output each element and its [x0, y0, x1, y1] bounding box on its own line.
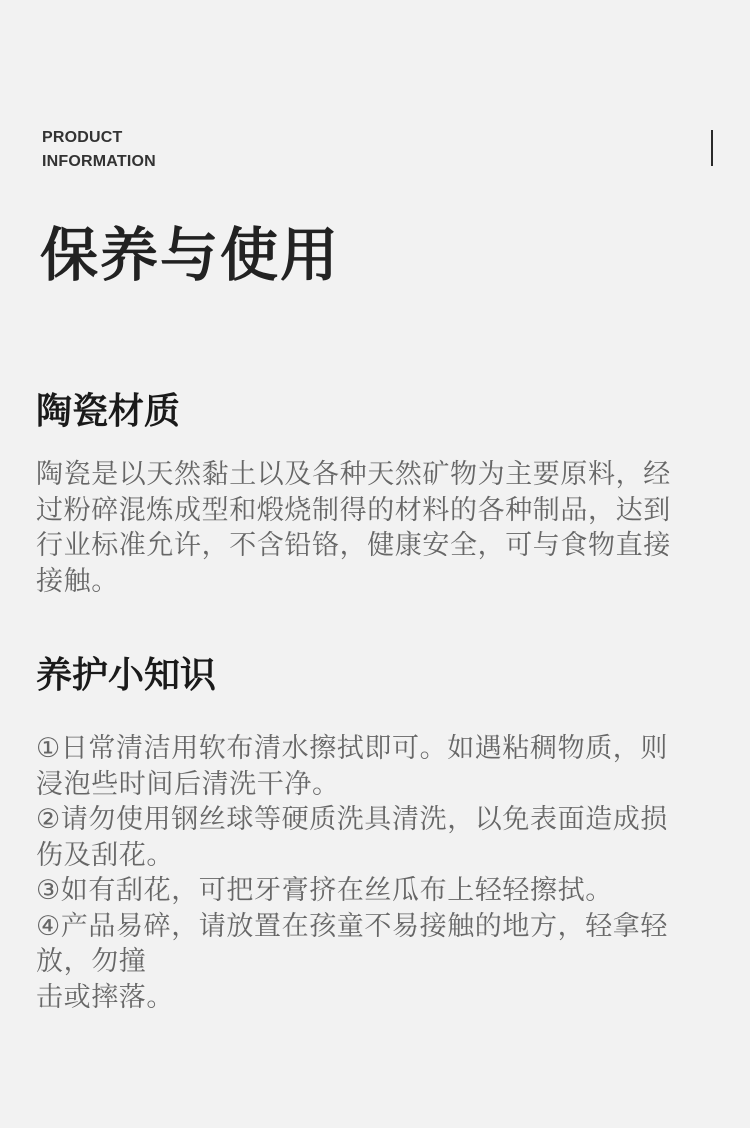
section-body: 陶瓷是以天然黏土以及各种天然矿物为主要原料，经 过粉碎混炼成型和煅烧制得的材料的… [36, 457, 726, 599]
text-line: 伤及刮花。 [36, 838, 726, 874]
text-line: 接触。 [36, 564, 726, 600]
text-line: ③如有刮花，可把牙膏挤在丝瓜布上轻轻擦拭。 [36, 873, 726, 909]
text-line: 放，勿撞 [36, 944, 726, 980]
section-heading: 陶瓷材质 [36, 390, 726, 434]
label-line-product: PRODUCT [42, 126, 156, 150]
text-line: 陶瓷是以天然黏土以及各种天然矿物为主要原料，经 [36, 457, 726, 493]
text-line: ②请勿使用钢丝球等硬质洗具清洗，以免表面造成损 [36, 802, 726, 838]
section-care-tips: 养护小知识 ①日常清洁用软布清水擦拭即可。如遇粘稠物质，则 浸泡些时间后清洗干净… [36, 654, 726, 1015]
text-line: 行业标准允许，不含铅铬，健康安全，可与食物直接 [36, 528, 726, 564]
text-line: ①日常清洁用软布清水擦拭即可。如遇粘稠物质，则 [36, 731, 726, 767]
header-divider [711, 130, 713, 166]
text-line: ④产品易碎，请放置在孩童不易接触的地方，轻拿轻 [36, 909, 726, 945]
label-line-information: INFORMATION [42, 150, 156, 174]
text-line: 过粉碎混炼成型和煅烧制得的材料的各种制品，达到 [36, 493, 726, 529]
section-ceramic-material: 陶瓷材质 陶瓷是以天然黏土以及各种天然矿物为主要原料，经 过粉碎混炼成型和煅烧制… [36, 390, 726, 599]
page-title: 保养与使用 [40, 220, 340, 290]
product-information-label: PRODUCT INFORMATION [42, 126, 156, 174]
text-line: 击或摔落。 [36, 980, 726, 1016]
section-heading: 养护小知识 [36, 654, 726, 698]
text-line: 浸泡些时间后清洗干净。 [36, 767, 726, 803]
section-body: ①日常清洁用软布清水擦拭即可。如遇粘稠物质，则 浸泡些时间后清洗干净。 ②请勿使… [36, 731, 726, 1015]
